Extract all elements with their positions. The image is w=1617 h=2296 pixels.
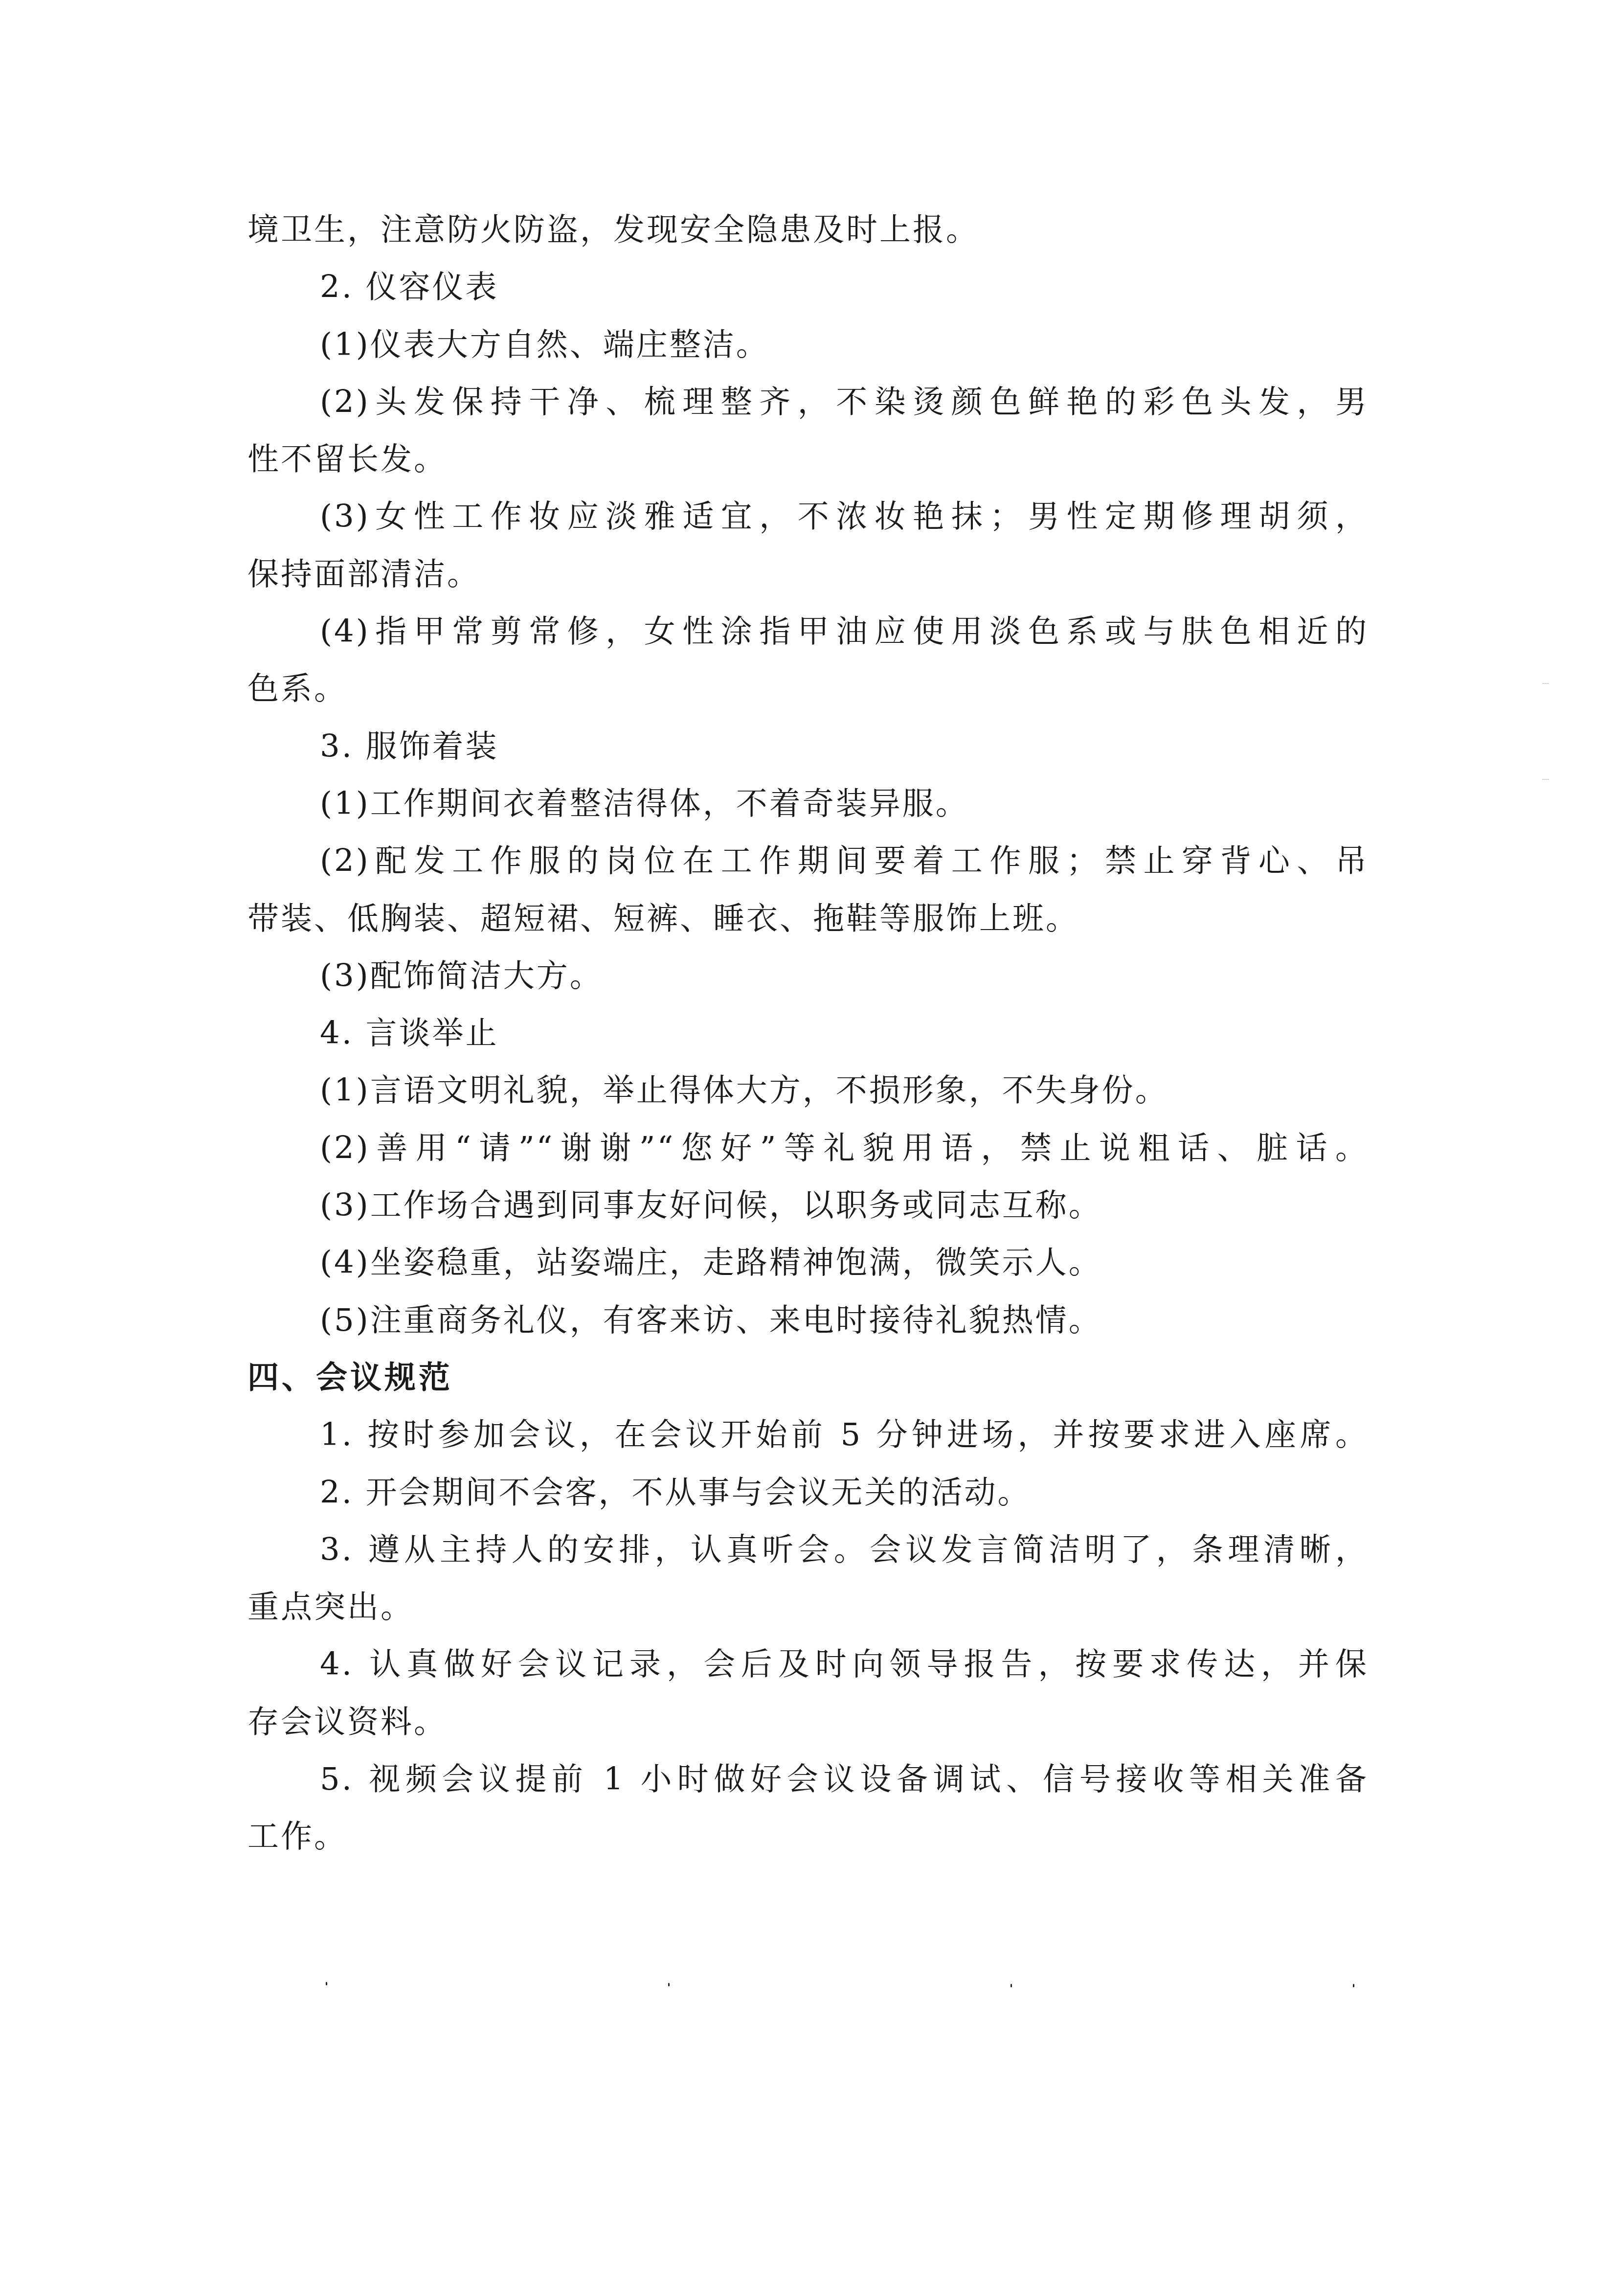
list-item: (3)工作场合遇到同事友好问候，以职务或同志互称。 [247,1177,1369,1234]
list-item: 3. 遵从主持人的安排，认真听会。会议发言简洁明了，条理清晰， [247,1522,1369,1579]
list-item: (4)指甲常剪常修，女性涂指甲油应使用淡色系或与肤色相近的 [247,603,1369,660]
subsection-heading: 4. 言谈举止 [247,1005,1369,1062]
list-item: (1)言语文明礼貌，举止得体大方，不损形象，不失身份。 [247,1062,1369,1119]
list-item: (5)注重商务礼仪，有客来访、来电时接待礼貌热情。 [247,1292,1369,1349]
list-item: (1)工作期间衣着整洁得体，不着奇装异服。 [247,775,1369,833]
list-item: (2)善用“请”“谢谢”“您好”等礼貌用语，禁止说粗话、脏话。 [247,1120,1369,1177]
scan-speck [1542,683,1549,684]
list-item-continuation: 带装、低胸装、超短裙、短裤、睡衣、拖鞋等服饰上班。 [247,890,1369,948]
list-item-continuation: 存会议资料。 [247,1694,1369,1751]
list-item: (3)配饰简洁大方。 [247,948,1369,1005]
scan-dot [668,1983,670,1986]
scan-dot [326,1982,327,1985]
list-item-continuation: 工作。 [247,1808,1369,1865]
document-page: 境卫生，注意防火防盗，发现安全隐患及时上报。 2. 仪容仪表 (1)仪表大方自然… [0,0,1617,2296]
list-item-continuation: 色系。 [247,660,1369,718]
subsection-heading: 2. 仪容仪表 [247,259,1369,316]
footer-dots [0,1981,1617,1991]
subsection-heading: 3. 服饰着装 [247,718,1369,775]
scan-dot [1353,1984,1354,1987]
paragraph-line: 境卫生，注意防火防盗，发现安全隐患及时上报。 [247,202,1369,259]
list-item: (1)仪表大方自然、端庄整洁。 [247,317,1369,374]
list-item: 2. 开会期间不会客，不从事与会议无关的活动。 [247,1464,1369,1522]
document-body: 境卫生，注意防火防盗，发现安全隐患及时上报。 2. 仪容仪表 (1)仪表大方自然… [247,202,1369,1866]
section-heading: 四、会议规范 [247,1349,1369,1407]
list-item: (2)配发工作服的岗位在工作期间要着工作服；禁止穿背心、吊 [247,833,1369,890]
list-item: 5. 视频会议提前 1 小时做好会议设备调试、信号接收等相关准备 [247,1751,1369,1808]
list-item-continuation: 重点突出。 [247,1579,1369,1636]
list-item: (4)坐姿稳重，站姿端庄，走路精神饱满，微笑示人。 [247,1234,1369,1292]
list-item: 4. 认真做好会议记录，会后及时向领导报告，按要求传达，并保 [247,1636,1369,1693]
list-item-continuation: 保持面部清洁。 [247,546,1369,603]
scan-dot [1011,1984,1012,1987]
list-item: (3)女性工作妆应淡雅适宜，不浓妆艳抹；男性定期修理胡须， [247,488,1369,546]
list-item-continuation: 性不留长发。 [247,431,1369,488]
list-item: 1. 按时参加会议，在会议开始前 5 分钟进场，并按要求进入座席。 [247,1407,1369,1464]
scan-speck [1542,779,1549,780]
list-item: (2)头发保持干净、梳理整齐，不染烫颜色鲜艳的彩色头发，男 [247,374,1369,431]
